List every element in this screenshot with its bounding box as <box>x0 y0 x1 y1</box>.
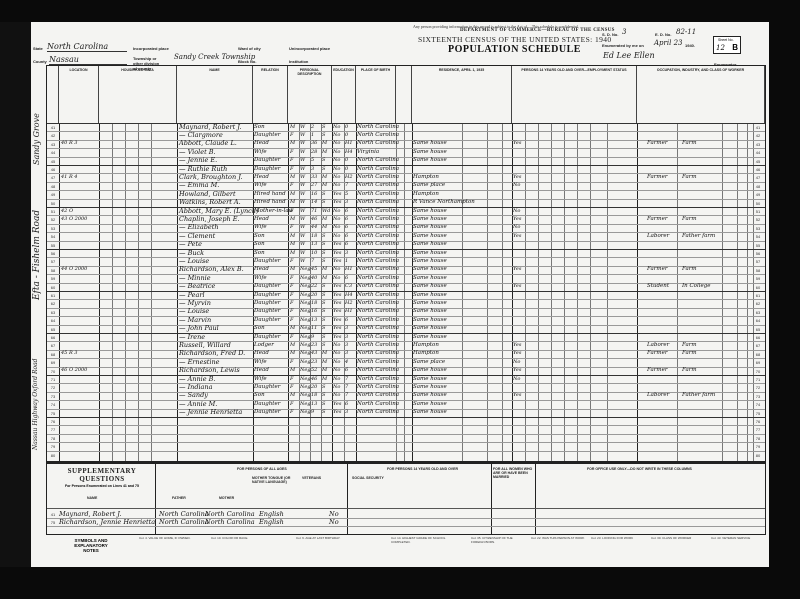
supp-name: Maynard, Robert J. <box>59 511 121 518</box>
incorporated-place-label: Incorporated place <box>133 46 169 51</box>
sheet-number: 12 <box>716 44 725 52</box>
cell-birthplace: North Carolina <box>357 191 399 198</box>
cell-highest-grade: 3 <box>345 334 348 341</box>
cell-residence-1935: Same house <box>413 266 447 273</box>
cell-occupation: Farmer <box>647 266 667 273</box>
cell-residence-1935: Same place <box>413 182 445 189</box>
cell-attended-school: Yes <box>333 317 341 324</box>
cell-residence-1935: Same house <box>413 409 447 416</box>
cell-attended-school: No <box>333 359 340 366</box>
col-group-name: NAME <box>177 66 253 123</box>
note-col43: Col. 43. VETERAN SERVICE <box>711 537 766 541</box>
col-group-education: EDUCATION <box>332 66 356 123</box>
cell-person-name: Richardson, Fred D. <box>179 350 245 357</box>
cell-marital-status: Wd <box>322 208 330 215</box>
cell-age: 43 <box>311 350 317 357</box>
row-divider <box>47 308 765 309</box>
county-label: County <box>33 59 47 64</box>
cell-industry: Farm <box>682 174 697 181</box>
cell-relation: Daughter <box>254 317 280 324</box>
cell-marital-status: S <box>322 132 325 139</box>
cell-highest-grade: 7 <box>345 392 348 399</box>
cell-birthplace: North Carolina <box>357 241 399 248</box>
row-divider <box>47 425 765 426</box>
cell-relation: Wife <box>254 149 267 156</box>
cell-birthplace: North Carolina <box>357 342 399 349</box>
cell-industry: Farm <box>682 266 697 273</box>
row-divider <box>47 316 765 317</box>
line-number: 76 <box>48 419 58 424</box>
line-number: 56 <box>48 251 58 256</box>
left-margin-notes: Sandy Grove Efta - Fishelm Road Nassau H… <box>31 130 47 460</box>
cell-sex: F <box>290 409 293 416</box>
row-divider <box>47 165 765 166</box>
supplementary-section: SUPPLEMENTARY QUESTIONS For Persons Enum… <box>46 462 766 535</box>
supp-mother-tongue: English <box>259 511 284 518</box>
cell-person-name: — Annie M. <box>179 401 217 408</box>
cell-highest-grade: 6 <box>345 224 348 231</box>
line-number: 49 <box>48 192 58 197</box>
cell-birthplace: North Carolina <box>357 266 399 273</box>
cell-residence-1935: Same house <box>413 283 447 290</box>
cell-highest-grade: H1 <box>345 266 353 273</box>
cell-residence-1935: Same house <box>413 241 447 248</box>
ed-label: E. D. No. <box>655 32 671 37</box>
cell-person-name: — Ruthie Ruth <box>179 166 227 173</box>
cell-relation: Wife <box>254 376 267 383</box>
cell-person-name: — Myrvin <box>179 300 211 307</box>
cell-person-name: — John Paul <box>179 325 219 332</box>
cell-sex: F <box>290 401 293 408</box>
cell-birthplace: Virginia <box>357 149 379 156</box>
cell-sex: F <box>290 334 293 341</box>
cell-attended-school: No <box>333 367 340 374</box>
cell-race: W <box>300 258 305 265</box>
line-number: 48 <box>48 184 58 189</box>
col-group-occupation: OCCUPATION, INDUSTRY, AND CLASS OF WORKE… <box>637 66 765 123</box>
line-number: 78 <box>48 436 58 441</box>
cell-household-no: 42 O <box>61 208 73 215</box>
cell-birthplace: North Carolina <box>357 292 399 299</box>
cell-age: 46 <box>311 376 317 383</box>
row-divider <box>47 241 765 242</box>
cell-marital-status: M <box>322 149 327 156</box>
cell-sex: F <box>290 292 293 299</box>
cell-race: W <box>300 199 305 206</box>
cell-sex: M <box>290 367 295 374</box>
cell-household-no: 44 O 2000 <box>61 266 87 273</box>
cell-person-name: — Marvin <box>179 317 211 324</box>
cell-residence-1935: Same house <box>413 224 447 231</box>
cell-relation: Son <box>254 233 265 240</box>
explanatory-notes: SYMBOLS AND EXPLANATORY NOTES Col. 4. VA… <box>31 534 769 567</box>
block-label: Block No. <box>238 59 256 64</box>
cell-person-name: — Minnie <box>179 275 211 282</box>
cell-highest-grade: 0 <box>345 166 348 173</box>
line-number: 68 <box>48 352 58 357</box>
cell-person-name: Howland, Gilbert <box>179 191 236 198</box>
col-group-employment: PERSONS 14 YEARS OLD AND OVER—EMPLOYMENT… <box>512 66 637 123</box>
cell-attended-school: No <box>333 392 340 399</box>
cell-race: W <box>300 250 305 257</box>
cell-relation: Daughter <box>254 132 280 139</box>
cell-race: W <box>300 140 305 147</box>
cell-highest-grade: 6 <box>345 401 348 408</box>
cell-sex: M <box>290 124 295 131</box>
cell-residence-1935: Hampton <box>413 342 439 349</box>
line-number: 63 <box>48 310 58 315</box>
cell-marital-status: S <box>322 292 325 299</box>
line-number: 63 <box>753 310 763 315</box>
line-number: 57 <box>753 259 763 264</box>
cell-highest-grade: 3 <box>345 199 348 206</box>
cell-occupation: Farmer <box>647 140 667 147</box>
cell-residence-1935: Same house <box>413 149 447 156</box>
cell-highest-grade: 0 <box>345 124 348 131</box>
cell-highest-grade: 6 <box>345 233 348 240</box>
cell-relation: Son <box>254 124 265 131</box>
cell-highest-grade: 1 <box>345 258 348 265</box>
cell-industry: Farm <box>682 342 697 349</box>
cell-highest-grade: 6 <box>345 216 348 223</box>
cell-at-work: Yes <box>513 266 521 273</box>
population-table: LOCATION HOUSEHOLD DATA NAME RELATION PE… <box>46 65 766 462</box>
cell-industry: In College <box>682 283 711 290</box>
cell-residence-1935: Same house <box>413 308 447 315</box>
cell-race: W <box>300 182 305 189</box>
cell-relation: Son <box>254 250 265 257</box>
cell-attended-school: No <box>333 376 340 383</box>
note-col30: Col. 30. CLASS OF WORKER <box>651 537 706 541</box>
cell-marital-status: S <box>322 199 325 206</box>
cell-birthplace: North Carolina <box>357 392 399 399</box>
line-number: 79 <box>753 444 763 449</box>
cell-age: 1 <box>311 132 314 139</box>
cell-birthplace: North Carolina <box>357 350 399 357</box>
cell-at-work: No <box>513 182 520 189</box>
cell-occupation: Student <box>647 283 669 290</box>
cell-race: Neg <box>300 392 311 399</box>
supp-father-birth: North Carolina <box>159 519 209 526</box>
cell-marital-status: S <box>322 384 325 391</box>
cell-relation: Hired hand <box>254 191 286 198</box>
cell-highest-grade: 3 <box>345 350 348 357</box>
cell-person-name: Richardson, Alex B. <box>179 266 244 273</box>
cell-residence-1935: Same house <box>413 367 447 374</box>
cell-residence-1935: Same house <box>413 275 447 282</box>
census-title: SIXTEENTH CENSUS OF THE UNITED STATES: 1… <box>418 35 612 44</box>
cell-sex: M <box>290 174 295 181</box>
cell-age: 2 <box>311 124 314 131</box>
cell-at-work: No <box>513 208 520 215</box>
line-number: 71 <box>48 377 58 382</box>
cell-marital-status: S <box>322 157 325 164</box>
cell-age: 23 <box>311 359 317 366</box>
cell-residence-1935: Same house <box>413 250 447 257</box>
line-number: 70 <box>48 369 58 374</box>
sheet-number-box: Sheet No. 12 B <box>713 36 741 54</box>
ward-label: Ward of city <box>238 46 261 51</box>
cell-race: Neg <box>300 275 311 282</box>
sec-women: FOR ALL WOMEN WHO ARE OR HAVE BEEN MARRI… <box>493 467 533 479</box>
row-divider <box>47 131 765 132</box>
supp-mother-birth: North Carolina <box>205 519 255 526</box>
supp-col-mother: MOTHER <box>219 496 234 500</box>
line-number: 60 <box>48 285 58 290</box>
cell-attended-school: No <box>333 224 340 231</box>
cell-sex: F <box>290 208 293 215</box>
cell-at-work: Yes <box>513 233 521 240</box>
line-number: 67 <box>48 343 58 348</box>
line-number: 60 <box>753 285 763 290</box>
cell-residence-1935: Same house <box>413 292 447 299</box>
cell-residence-1935: Same house <box>413 334 447 341</box>
county-value: Nassau <box>49 55 127 65</box>
cell-relation: Head <box>254 266 269 273</box>
cell-relation: Wife <box>254 275 267 282</box>
cell-attended-school: Yes <box>333 325 341 332</box>
cell-residence-1935: Same house <box>413 384 447 391</box>
cell-residence-1935: Same house <box>413 216 447 223</box>
cell-relation: Head <box>254 216 269 223</box>
col-group-location: LOCATION <box>59 66 99 123</box>
cell-at-work: Yes <box>513 216 521 223</box>
cell-highest-grade: 4 <box>345 359 348 366</box>
cell-marital-status: S <box>322 241 325 248</box>
cell-marital-status: S <box>322 124 325 131</box>
cell-birthplace: North Carolina <box>357 367 399 374</box>
row-divider <box>47 157 765 158</box>
cell-age: 7 <box>311 258 314 265</box>
cell-occupation: Farmer <box>647 216 667 223</box>
line-number: 49 <box>753 192 763 197</box>
cell-birthplace: North Carolina <box>357 199 399 206</box>
cell-person-name: — Beatrice <box>179 283 215 290</box>
cell-age: 16 <box>311 308 317 315</box>
cell-highest-grade: H4 <box>345 149 353 156</box>
sheet-side: B <box>732 43 738 52</box>
cell-age: 3 <box>311 166 314 173</box>
cell-relation: Daughter <box>254 308 280 315</box>
cell-person-name: Chaplin, Joseph E. <box>179 216 240 223</box>
cell-age: 10 <box>311 250 317 257</box>
cell-race: Neg <box>300 300 311 307</box>
cell-at-work: Yes <box>513 350 521 357</box>
cell-relation: Daughter <box>254 409 280 416</box>
cell-age: 28 <box>311 149 317 156</box>
cell-residence-1935: Same house <box>413 258 447 265</box>
cell-race: Neg <box>300 359 311 366</box>
line-number: 67 <box>753 343 763 348</box>
cell-age: 9 <box>311 409 314 416</box>
row-divider <box>47 123 765 124</box>
cell-attended-school: No <box>333 157 340 164</box>
cell-attended-school: No <box>333 275 340 282</box>
cell-person-name: — Buck <box>179 250 204 257</box>
line-number: 56 <box>753 251 763 256</box>
cell-person-name: Russell, Willard <box>179 342 231 349</box>
line-number: 72 <box>753 385 763 390</box>
line-number: 59 <box>48 276 58 281</box>
cell-birthplace: North Carolina <box>357 174 399 181</box>
cell-attended-school: No <box>333 216 340 223</box>
cell-relation: Lodger <box>254 342 274 349</box>
row-divider <box>47 400 765 401</box>
cell-highest-grade: 7 <box>345 376 348 383</box>
cell-industry: Farm <box>682 140 697 147</box>
cell-relation: Daughter <box>254 334 280 341</box>
cell-sex: F <box>290 258 293 265</box>
line-number: 57 <box>48 259 58 264</box>
cell-person-name: — Annie B. <box>179 376 215 383</box>
cell-birthplace: North Carolina <box>357 157 399 164</box>
cell-birthplace: North Carolina <box>357 250 399 257</box>
col-line-no <box>47 66 59 123</box>
cell-age: 18 <box>311 233 317 240</box>
cell-race: W <box>300 132 305 139</box>
line-number: 77 <box>48 427 58 432</box>
cell-birthplace: North Carolina <box>357 140 399 147</box>
cell-residence-1935: Hampton <box>413 191 439 198</box>
cell-marital-status: S <box>322 401 325 408</box>
cell-attended-school: No <box>333 266 340 273</box>
cell-household-no: 46 O 2000 <box>61 367 87 374</box>
cell-birthplace: North Carolina <box>357 258 399 265</box>
cell-age: 44 <box>311 224 317 231</box>
cell-relation: Daughter <box>254 300 280 307</box>
cell-attended-school: No <box>333 140 340 147</box>
symbols-title: SYMBOLS AND EXPLANATORY NOTES <box>66 538 116 553</box>
cell-age: 18 <box>311 392 317 399</box>
cell-birthplace: North Carolina <box>357 300 399 307</box>
cell-industry: Farm <box>682 216 697 223</box>
schedule-title: POPULATION SCHEDULE <box>448 44 581 55</box>
cell-attended-school: No <box>333 174 340 181</box>
line-number: 61 <box>48 293 58 298</box>
line-number: 62 <box>48 301 58 306</box>
cell-birthplace: North Carolina <box>357 317 399 324</box>
cell-marital-status: M <box>322 266 327 273</box>
cell-race: Neg <box>300 350 311 357</box>
line-number: 45 <box>48 159 58 164</box>
cell-relation: Daughter <box>254 157 280 164</box>
cell-residence-1935: R Vance Northampton <box>413 199 475 206</box>
cell-sex: F <box>290 166 293 173</box>
line-number: 65 <box>753 327 763 332</box>
cell-occupation: Farmer <box>647 350 667 357</box>
cell-relation: Daughter <box>254 401 280 408</box>
cell-attended-school: No <box>333 350 340 357</box>
col-group-birthplace: PLACE OF BIRTH <box>356 66 396 123</box>
cell-relation: Wife <box>254 224 267 231</box>
cell-race: Neg <box>300 308 311 315</box>
cell-sex: F <box>290 308 293 315</box>
cell-person-name: — Louise <box>179 308 209 315</box>
cell-race: W <box>300 224 305 231</box>
cell-marital-status: S <box>322 300 325 307</box>
cell-sex: M <box>290 342 295 349</box>
enumerated-label: Enumerated by me on <box>602 43 644 48</box>
cell-marital-status: S <box>322 283 325 290</box>
line-number: 71 <box>753 377 763 382</box>
row-divider <box>47 451 765 452</box>
cell-race: W <box>300 233 305 240</box>
cell-sex: F <box>290 317 293 324</box>
cell-at-work: Yes <box>513 140 521 147</box>
cell-occupation: Laborer <box>647 233 669 240</box>
cell-marital-status: S <box>322 166 325 173</box>
line-number: 46 <box>48 167 58 172</box>
supp-col-name: NAME <box>87 496 97 500</box>
cell-race: Neg <box>300 409 311 416</box>
line-number: 52 <box>48 217 58 222</box>
row-divider <box>47 207 765 208</box>
line-number: 41 <box>753 125 763 130</box>
cell-highest-grade: 3 <box>345 409 348 416</box>
cell-relation: Head <box>254 367 269 374</box>
sd-label: S. D. No. <box>602 32 618 37</box>
cell-birthplace: North Carolina <box>357 308 399 315</box>
ed-value: 82-11 <box>676 28 696 36</box>
line-number: 64 <box>48 318 58 323</box>
line-number: 75 <box>48 411 58 416</box>
cell-age: 36 <box>311 140 317 147</box>
row-divider <box>47 199 765 200</box>
margin-note-top: Sandy Grove <box>32 113 41 165</box>
supp-father-birth: North Carolina <box>159 511 209 518</box>
cell-attended-school: Yes <box>333 191 341 198</box>
supp-mother-tongue: English <box>259 519 284 526</box>
cell-age: 11 <box>311 325 317 332</box>
sec-14-over: FOR PERSONS 14 YEARS OLD AND OVER <box>387 467 458 471</box>
supp-code: No <box>329 519 339 526</box>
cell-attended-school: No <box>333 124 340 131</box>
cell-age: 33 <box>311 174 317 181</box>
cell-person-name: Clark, Broughton J. <box>179 174 242 181</box>
cell-relation: Daughter <box>254 166 280 173</box>
cell-sex: F <box>290 182 293 189</box>
cell-person-name: — Jennie E. <box>179 157 217 164</box>
cell-marital-status: S <box>322 317 325 324</box>
cell-person-name: — Pearl <box>179 292 205 299</box>
line-number: 50 <box>753 201 763 206</box>
cell-relation: Wife <box>254 182 267 189</box>
line-number: 48 <box>753 184 763 189</box>
note-col23: Col. 23. LOOKING FOR WORK <box>591 537 646 541</box>
cell-birthplace: North Carolina <box>357 132 399 139</box>
cell-relation: Head <box>254 174 269 181</box>
row-divider <box>47 148 765 149</box>
cell-person-name: Abbott, Claude L. <box>179 140 237 147</box>
line-number: 78 <box>753 436 763 441</box>
margin-note-lower: Nassau Highway Oxford Road <box>32 359 39 451</box>
note-col22: Col. 22. WAS THIS PERSON AT WORK <box>531 537 586 541</box>
cell-race: W <box>300 174 305 181</box>
line-number: 43 <box>48 142 58 147</box>
cell-birthplace: North Carolina <box>357 182 399 189</box>
cell-occupation: Laborer <box>647 392 669 399</box>
line-number: 59 <box>753 276 763 281</box>
cell-attended-school: No <box>333 384 340 391</box>
cell-highest-grade: 3 <box>345 342 348 349</box>
cell-residence-1935: Hampton <box>413 350 439 357</box>
row-divider <box>47 375 765 376</box>
cell-at-work: No <box>513 359 520 366</box>
cell-highest-grade: 7 <box>345 182 348 189</box>
cell-person-name: — Clargmore <box>179 132 223 139</box>
cell-sex: F <box>290 275 293 282</box>
sd-value: 3 <box>622 28 626 36</box>
